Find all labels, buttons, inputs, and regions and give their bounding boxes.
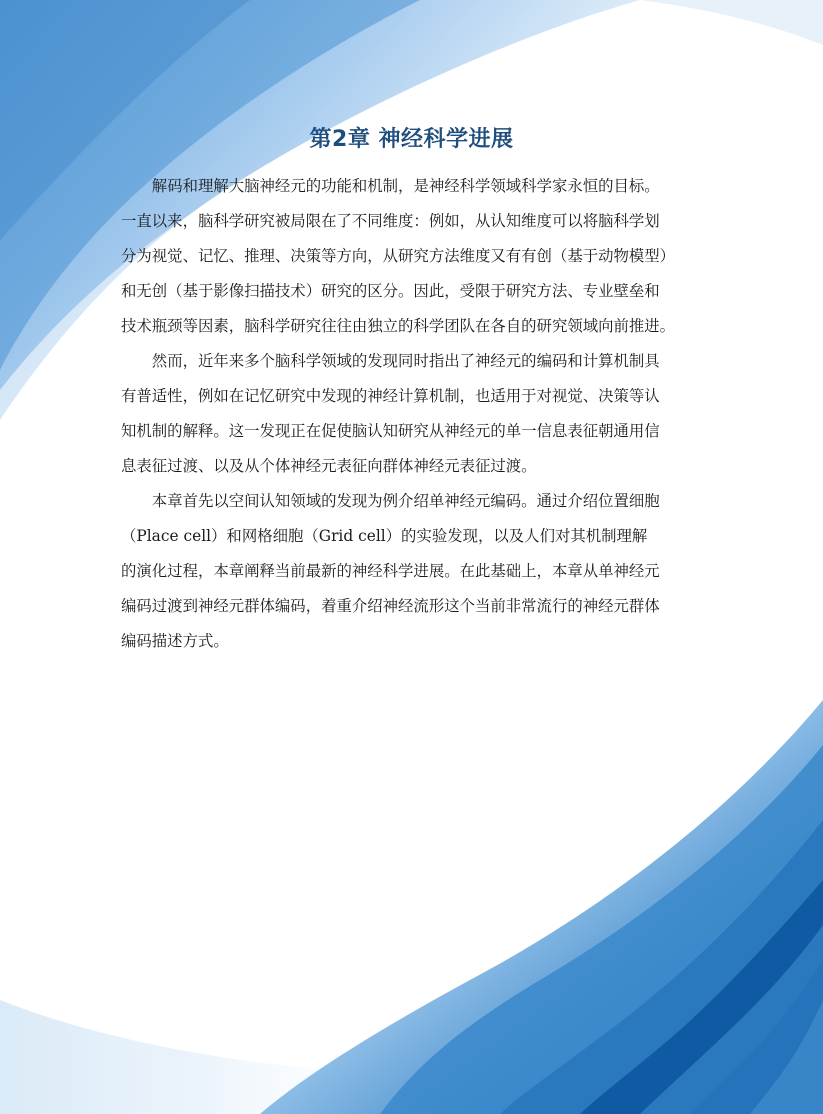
text-line: 一直以来，脑科学研究被局限在了不同维度：例如，从认知维度可以将脑科学划 [121,204,711,239]
text-line: 本章首先以空间认知领域的发现为例介绍单神经元编码。通过介绍位置细胞 [121,484,711,519]
text-line: （Place cell）和网格细胞（Grid cell）的实验发现，以及人们对其… [121,519,711,554]
text-line: 解码和理解大脑神经元的功能和机制，是神经科学领域科学家永恒的目标。 [121,169,711,204]
text-line: 技术瓶颈等因素，脑科学研究往往由独立的科学团队在各自的研究领域向前推进。 [121,309,711,344]
text-line: 的演化过程，本章阐释当前最新的神经科学进展。在此基础上，本章从单神经元 [121,554,711,589]
text-line: 知机制的解释。这一发现正在促使脑认知研究从神经元的单一信息表征朝通用信 [121,414,711,449]
text-line: 分为视觉、记忆、推理、决策等方向，从研究方法维度又有有创（基于动物模型） [121,239,711,274]
chapter-title: 第2章 神经科学进展 [0,122,823,153]
text-line: 和无创（基于影像扫描技术）研究的区分。因此，受限于研究方法、专业壁垒和 [121,274,711,309]
paragraph-1: 解码和理解大脑神经元的功能和机制，是神经科学领域科学家永恒的目标。 一直以来，脑… [121,169,711,344]
paragraph-3: 本章首先以空间认知领域的发现为例介绍单神经元编码。通过介绍位置细胞 （Place… [121,484,711,659]
text-line: 编码描述方式。 [121,624,711,659]
text-line: 息表征过渡、以及从个体神经元表征向群体神经元表征过渡。 [121,449,711,484]
paragraph-2: 然而，近年来多个脑科学领域的发现同时指出了神经元的编码和计算机制具 有普适性，例… [121,344,711,484]
text-line: 编码过渡到神经元群体编码，着重介绍神经流形这个当前非常流行的神经元群体 [121,589,711,624]
text-line: 有普适性，例如在记忆研究中发现的神经计算机制，也适用于对视觉、决策等认 [121,379,711,414]
text-line: 然而，近年来多个脑科学领域的发现同时指出了神经元的编码和计算机制具 [121,344,711,379]
chapter-body: 解码和理解大脑神经元的功能和机制，是神经科学领域科学家永恒的目标。 一直以来，脑… [121,169,711,659]
document-page: 第2章 神经科学进展 解码和理解大脑神经元的功能和机制，是神经科学领域科学家永恒… [0,0,823,1114]
